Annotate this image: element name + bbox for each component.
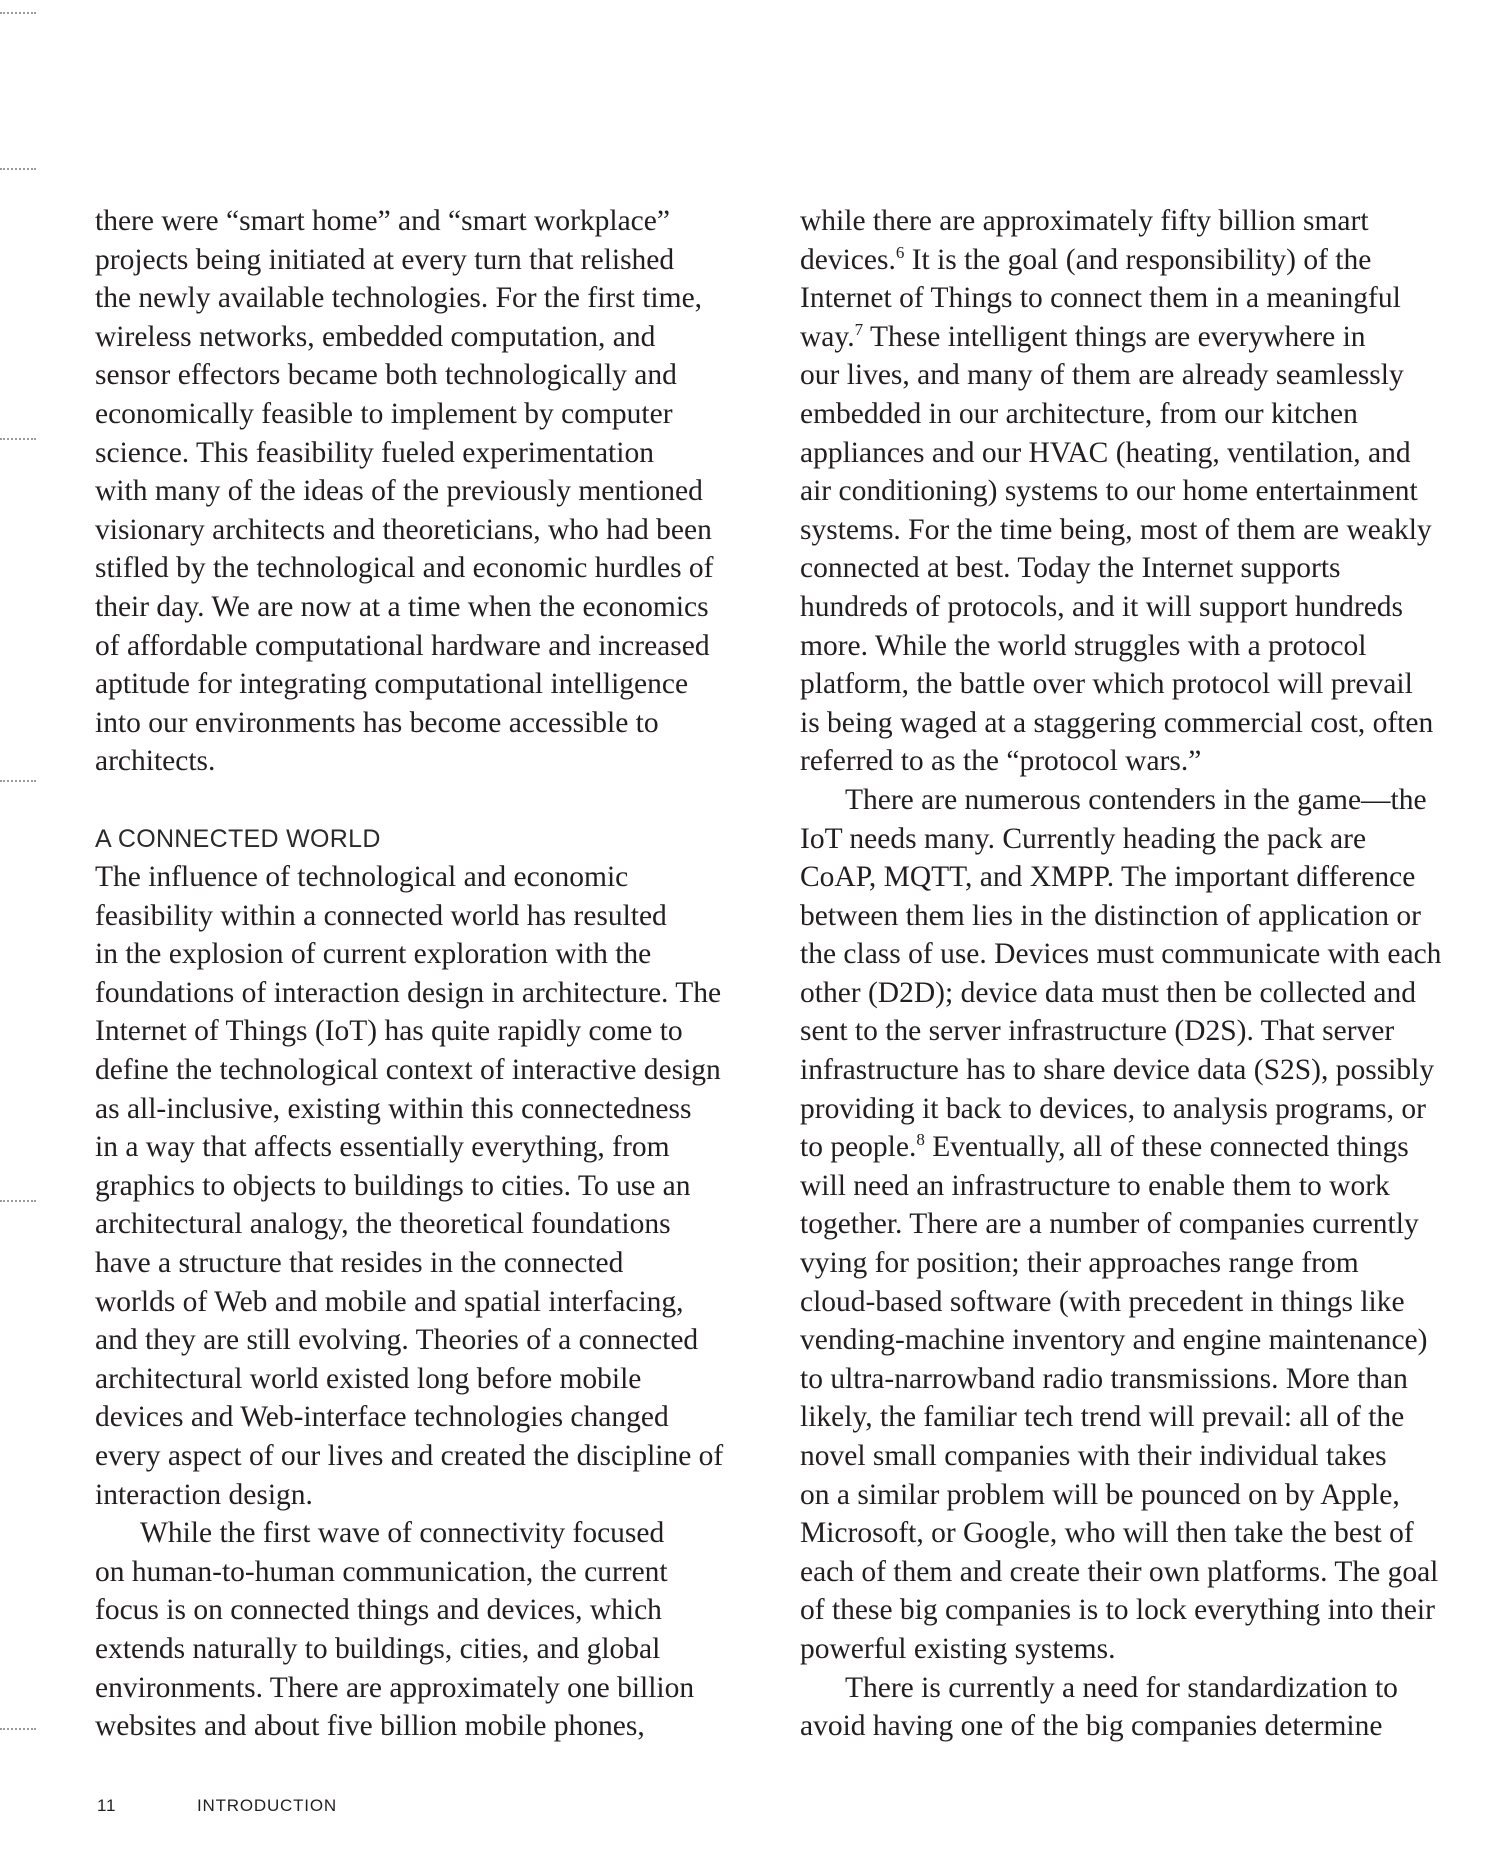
- text-line: infrastructure has to share device data …: [800, 1051, 1460, 1090]
- text-line: stifled by the technological and economi…: [95, 549, 755, 588]
- text-line: powerful existing systems.: [800, 1630, 1460, 1669]
- text-line: environments. There are approximately on…: [95, 1669, 755, 1708]
- text-line: their day. We are now at a time when the…: [95, 588, 755, 627]
- text-line: while there are approximately fifty bill…: [800, 202, 1460, 241]
- text-line: aptitude for integrating computational i…: [95, 665, 755, 704]
- text-line: connected at best. Today the Internet su…: [800, 549, 1460, 588]
- paragraph: While the first wave of connectivity foc…: [95, 1514, 755, 1746]
- text-line: Microsoft, or Google, who will then take…: [800, 1514, 1460, 1553]
- text-line: to ultra-narrowband radio transmissions.…: [800, 1360, 1460, 1399]
- text-run: These intelligent things are everywhere …: [863, 321, 1365, 353]
- text-line: have a structure that resides in the con…: [95, 1244, 755, 1283]
- text-line: between them lies in the distinction of …: [800, 897, 1460, 936]
- text-line: There are numerous contenders in the gam…: [800, 781, 1460, 820]
- text-line: sent to the server infrastructure (D2S).…: [800, 1012, 1460, 1051]
- paragraph: There are numerous contenders in the gam…: [800, 781, 1460, 1669]
- text-line: IoT needs many. Currently heading the pa…: [800, 820, 1460, 859]
- text-run: way.: [800, 321, 855, 353]
- text-line: the class of use. Devices must communica…: [800, 935, 1460, 974]
- text-line: there were “smart home” and “smart workp…: [95, 202, 755, 241]
- section-heading: A CONNECTED WORLD: [95, 820, 755, 859]
- text-line: more. While the world struggles with a p…: [800, 627, 1460, 666]
- text-line: avoid having one of the big companies de…: [800, 1707, 1460, 1746]
- text-line: science. This feasibility fueled experim…: [95, 434, 755, 473]
- text-line: of these big companies is to lock everyt…: [800, 1591, 1460, 1630]
- text-line: visionary architects and theoreticians, …: [95, 511, 755, 550]
- text-line: our lives, and many of them are already …: [800, 356, 1460, 395]
- right-column: while there are approximately fifty bill…: [800, 202, 1460, 1746]
- text-line: sensor effectors became both technologic…: [95, 356, 755, 395]
- paragraph: The influence of technological and econo…: [95, 858, 755, 1514]
- text-line: providing it back to devices, to analysi…: [800, 1090, 1460, 1129]
- text-line: architectural analogy, the theoretical f…: [95, 1205, 755, 1244]
- page-number: 11: [97, 1796, 116, 1816]
- text-line: embedded in our architecture, from our k…: [800, 395, 1460, 434]
- text-line: in a way that affects essentially everyt…: [95, 1128, 755, 1167]
- text-line: in the explosion of current exploration …: [95, 935, 755, 974]
- text-line: is being waged at a staggering commercia…: [800, 704, 1460, 743]
- text-line: appliances and our HVAC (heating, ventil…: [800, 434, 1460, 473]
- text-line: While the first wave of connectivity foc…: [95, 1514, 755, 1553]
- text-line: to people.8 Eventually, all of these con…: [800, 1128, 1460, 1167]
- running-head: INTRODUCTION: [197, 1796, 337, 1816]
- text-line: on a similar problem will be pounced on …: [800, 1476, 1460, 1515]
- text-run: to people.: [800, 1131, 916, 1163]
- section-spacer: [95, 781, 755, 820]
- text-line: foundations of interaction design in arc…: [95, 974, 755, 1013]
- text-line: systems. For the time being, most of the…: [800, 511, 1460, 550]
- footnote-ref[interactable]: 8: [916, 1130, 925, 1149]
- text-run: It is the goal (and responsibility) of t…: [904, 244, 1371, 276]
- left-column: there were “smart home” and “smart workp…: [95, 202, 755, 1746]
- text-line: other (D2D); device data must then be co…: [800, 974, 1460, 1013]
- footnote-ref[interactable]: 7: [855, 320, 864, 339]
- text-line: focus is on connected things and devices…: [95, 1591, 755, 1630]
- text-line: air conditioning) systems to our home en…: [800, 472, 1460, 511]
- text-line: every aspect of our lives and created th…: [95, 1437, 755, 1476]
- text-line: devices.6 It is the goal (and responsibi…: [800, 241, 1460, 280]
- text-line: CoAP, MQTT, and XMPP. The important diff…: [800, 858, 1460, 897]
- text-line: with many of the ideas of the previously…: [95, 472, 755, 511]
- paragraph: there were “smart home” and “smart workp…: [95, 202, 755, 781]
- text-line: each of them and create their own platfo…: [800, 1553, 1460, 1592]
- text-line: vying for position; their approaches ran…: [800, 1244, 1460, 1283]
- text-line: platform, the battle over which protocol…: [800, 665, 1460, 704]
- text-line: on human-to-human communication, the cur…: [95, 1553, 755, 1592]
- text-line: of affordable computational hardware and…: [95, 627, 755, 666]
- text-line: websites and about five billion mobile p…: [95, 1707, 755, 1746]
- paragraph: There is currently a need for standardiz…: [800, 1669, 1460, 1746]
- text-line: define the technological context of inte…: [95, 1051, 755, 1090]
- text-line: Internet of Things (IoT) has quite rapid…: [95, 1012, 755, 1051]
- text-line: extends naturally to buildings, cities, …: [95, 1630, 755, 1669]
- text-line: into our environments has become accessi…: [95, 704, 755, 743]
- text-line: the newly available technologies. For th…: [95, 279, 755, 318]
- text-line: wireless networks, embedded computation,…: [95, 318, 755, 357]
- text-line: graphics to objects to buildings to citi…: [95, 1167, 755, 1206]
- text-line: way.7 These intelligent things are every…: [800, 318, 1460, 357]
- paragraph: while there are approximately fifty bill…: [800, 202, 1460, 781]
- text-line: feasibility within a connected world has…: [95, 897, 755, 936]
- text-line: projects being initiated at every turn t…: [95, 241, 755, 280]
- text-line: and they are still evolving. Theories of…: [95, 1321, 755, 1360]
- text-run: devices.: [800, 244, 896, 276]
- text-line: Internet of Things to connect them in a …: [800, 279, 1460, 318]
- text-line: worlds of Web and mobile and spatial int…: [95, 1283, 755, 1322]
- edge-dotted-mark: [0, 12, 36, 14]
- text-line: together. There are a number of companie…: [800, 1205, 1460, 1244]
- text-run: Eventually, all of these connected thing…: [925, 1131, 1409, 1163]
- text-line: There is currently a need for standardiz…: [800, 1669, 1460, 1708]
- text-line: architectural world existed long before …: [95, 1360, 755, 1399]
- text-line: as all-inclusive, existing within this c…: [95, 1090, 755, 1129]
- edge-dotted-mark: [0, 1200, 36, 1202]
- text-line: economically feasible to implement by co…: [95, 395, 755, 434]
- edge-dotted-mark: [0, 438, 36, 440]
- text-line: cloud-based software (with precedent in …: [800, 1283, 1460, 1322]
- edge-dotted-mark: [0, 1728, 36, 1730]
- edge-dotted-mark: [0, 780, 36, 782]
- text-line: architects.: [95, 742, 755, 781]
- text-line: interaction design.: [95, 1476, 755, 1515]
- text-line: hundreds of protocols, and it will suppo…: [800, 588, 1460, 627]
- text-line: vending-machine inventory and engine mai…: [800, 1321, 1460, 1360]
- text-line: The influence of technological and econo…: [95, 858, 755, 897]
- text-line: will need an infrastructure to enable th…: [800, 1167, 1460, 1206]
- edge-dotted-mark: [0, 168, 36, 170]
- text-line: devices and Web-interface technologies c…: [95, 1398, 755, 1437]
- text-line: novel small companies with their individ…: [800, 1437, 1460, 1476]
- text-line: referred to as the “protocol wars.”: [800, 742, 1460, 781]
- text-line: likely, the familiar tech trend will pre…: [800, 1398, 1460, 1437]
